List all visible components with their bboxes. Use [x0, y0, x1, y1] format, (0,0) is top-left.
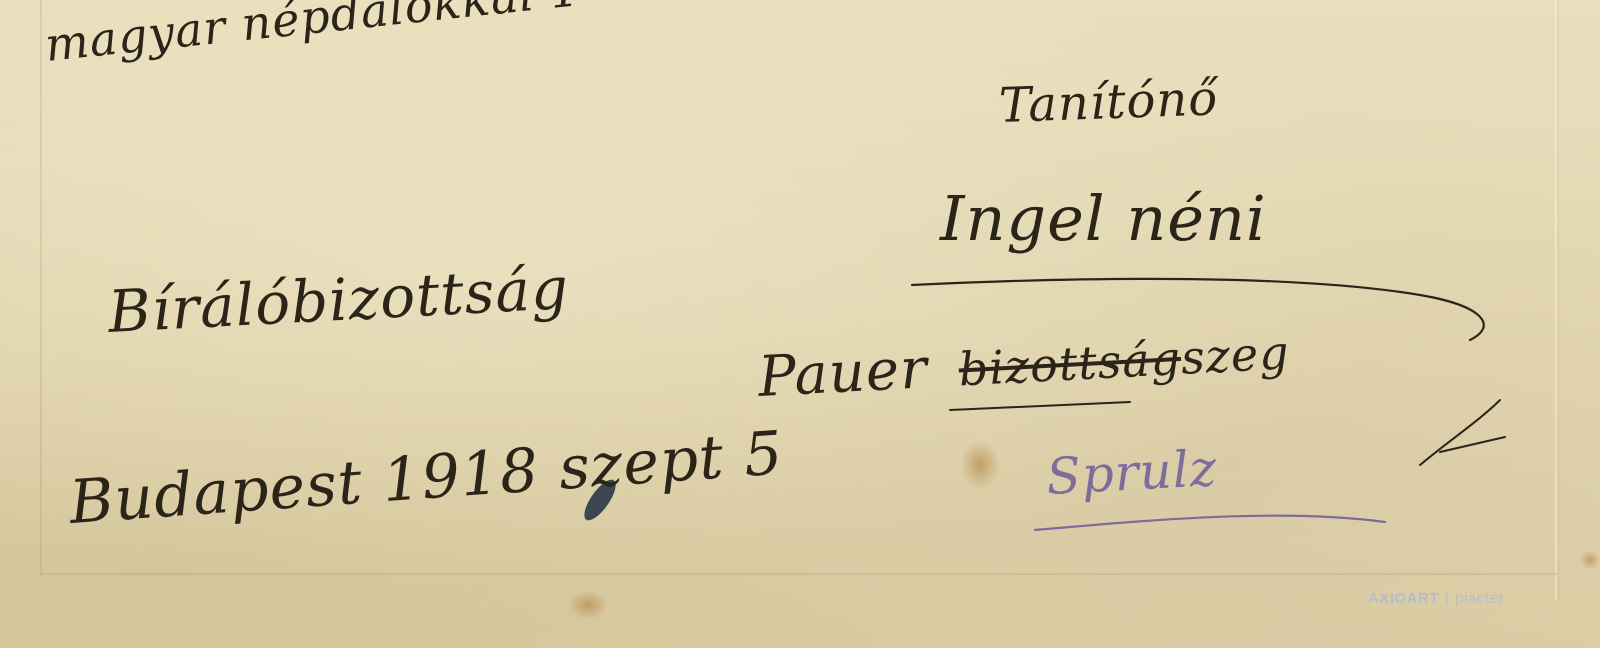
jury-member-name: Pauer	[757, 336, 930, 410]
jury-member-suffix: szeg	[1180, 325, 1291, 385]
watermark-separator: |	[1445, 590, 1449, 607]
teacher-label: Tanítónő	[998, 70, 1219, 134]
watermark-section: piactér	[1455, 590, 1504, 607]
watermark: AXIOART|piactér	[1368, 590, 1504, 607]
purple-signature: Sprulz	[1045, 439, 1219, 506]
jury-member-struck: bizottság	[957, 331, 1182, 397]
watermark-brand: AXIOART	[1368, 590, 1439, 607]
teacher-name: Ingel néni	[940, 182, 1267, 255]
